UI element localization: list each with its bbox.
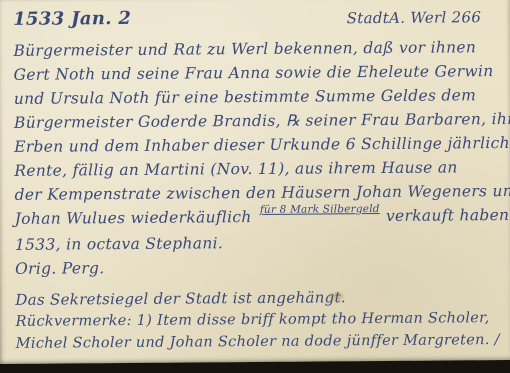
archive-reference: StadtA. Werl 266 [347,8,482,27]
photo-backdrop: 1533 Jan. 2 StadtA. Werl 266 Bürgermeist… [0,0,510,373]
paper-stain [329,292,343,300]
verso-note-line: Michel Scholer und Johan Scholer na dode… [16,329,498,355]
sale-clause-after: verkauft haben. [386,206,510,225]
manuscript-line-with-insertion: Johan Wulues wiederkäuflich für 8 Mark S… [15,203,497,233]
regest-body: Bürgermeister und Rat zu Werl bekennen, … [13,35,497,355]
source-note: Orig. Perg. [15,253,497,281]
record-date: 1533 Jan. 2 [13,8,131,30]
interlinear-insertion: für 8 Mark Silbergeld [260,197,380,222]
record-header: 1533 Jan. 2 StadtA. Werl 266 [13,5,495,30]
index-card: 1533 Jan. 2 StadtA. Werl 266 Bürgermeist… [0,0,510,364]
card-content: 1533 Jan. 2 StadtA. Werl 266 Bürgermeist… [0,0,510,364]
sale-clause-before: Johan Wulues wiederkäuflich [15,208,252,228]
